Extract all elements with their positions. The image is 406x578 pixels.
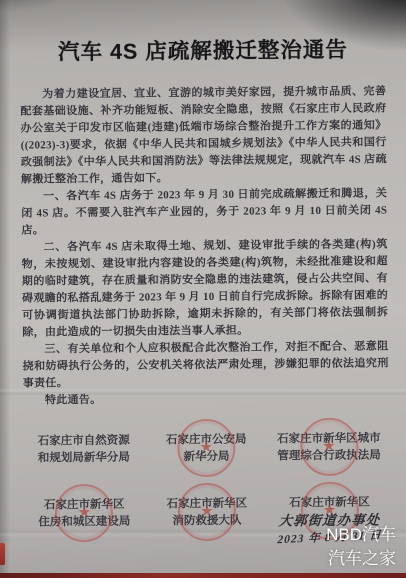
signature-line: 石家庄市新华区 — [269, 494, 390, 512]
signature-line: 石家庄市新华区 — [146, 495, 267, 513]
signature-line: 新华分局 — [146, 448, 267, 466]
signature-line: 消防救援大队 — [147, 512, 268, 530]
signature-line: 住房和城区建设局 — [24, 514, 145, 532]
signature-urban-management-bureau: ★ 石家庄市新华区城市 管理综合行政执法局 — [268, 430, 389, 465]
signature-line: 石家庄市公安局 — [146, 431, 267, 449]
signature-natural-resources-bureau: 石家庄市自然资源 和规划局新华分局 — [23, 433, 144, 468]
signature-fire-rescue-brigade: ★ 石家庄市新华区 消防救援大队 — [146, 495, 267, 548]
signature-housing-construction-bureau: ★ 石家庄市新华区 住房和城区建设局 — [24, 497, 145, 550]
red-edge-mark — [0, 543, 5, 565]
notice-closing: 特此通告。 — [23, 389, 389, 409]
bottom-red-band — [0, 573, 406, 578]
signature-public-security-bureau: ★ 石家庄市公安局 新华分局 — [146, 431, 267, 466]
watermark-line1: NBD汽车 — [326, 523, 396, 548]
signature-line: 石家庄市新华区 — [24, 497, 145, 515]
signature-line: 石家庄市新华区城市 — [268, 430, 389, 448]
notice-title: 汽车 4S 店疏解搬迁整治通告 — [20, 32, 386, 66]
notice-body: 为着力建设宜居、宜业、宜游的城市美好家园，提升城市品质、完善配套基础设施、补齐功… — [20, 83, 389, 409]
watermark: NBD汽车 汽车之家 — [326, 523, 396, 572]
signature-row-1: 石家庄市自然资源 和规划局新华分局 ★ 石家庄市公安局 新华分局 ★ 石家庄市新… — [23, 430, 389, 467]
paper-edge-shadow — [0, 0, 10, 578]
notice-paragraph-item2: 二、各汽车 4S 店未取得土地、规划、建设审批手续的各类建(构)筑物，未按规划、… — [22, 236, 389, 341]
signature-line: 石家庄市自然资源 — [23, 433, 144, 451]
notice-paper: 汽车 4S 店疏解搬迁整治通告 为着力建设宜居、宜业、宜游的城市美好家园，提升城… — [20, 32, 390, 549]
notice-paragraph-item3: 三、有关单位和个人应积极配合此次整治工作，对拒不配合、恶意阻挠和妨碍执行公务的，… — [22, 338, 388, 392]
notice-paragraph-item1: 一、各汽车 4S 店务于 2023 年 9 月 30 日前完成疏解搬迁和腾退，关… — [21, 185, 387, 239]
signature-line: 和规划局新华分局 — [23, 450, 144, 468]
signature-line: 管理综合行政执法局 — [269, 447, 390, 465]
notice-paragraph-intro: 为着力建设宜居、宜业、宜游的城市美好家园，提升城市品质、完善配套基础设施、补齐功… — [20, 83, 387, 188]
notice-photo: 汽车 4S 店疏解搬迁整治通告 为着力建设宜居、宜业、宜游的城市美好家园，提升城… — [0, 0, 406, 578]
watermark-line2: 汽车之家 — [326, 547, 396, 572]
